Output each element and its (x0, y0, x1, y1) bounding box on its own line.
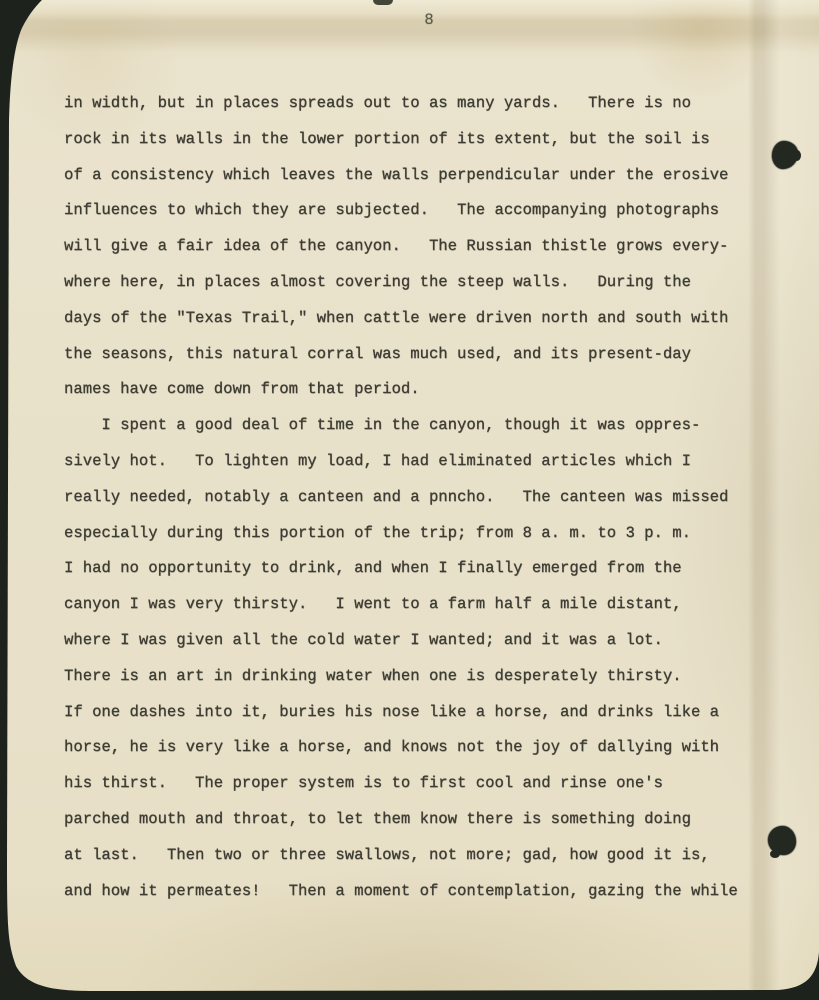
text-line: and how it permeates! Then a moment of c… (64, 874, 784, 910)
page-number: 8 (414, 11, 444, 29)
text-line: There is an art in drinking water when o… (64, 659, 784, 695)
text-line: of a consistency which leaves the walls … (64, 158, 784, 194)
text-line: parched mouth and throat, to let them kn… (64, 802, 784, 838)
text-line: influences to which they are subjected. … (64, 193, 784, 229)
text-line: sively hot. To lighten my load, I had el… (64, 444, 784, 480)
text-line: where I was given all the cold water I w… (64, 623, 784, 659)
text-line: the seasons, this natural corral was muc… (64, 337, 784, 373)
text-line: canyon I was very thirsty. I went to a f… (64, 587, 784, 623)
text-line: really needed, notably a canteen and a p… (64, 480, 784, 516)
scanned-document-page: 8 in width, but in places spreads out to… (0, 0, 819, 1000)
text-line: at last. Then two or three swallows, not… (64, 838, 784, 874)
paper-tear-mark (373, 0, 393, 5)
typewritten-text-block: in width, but in places spreads out to a… (64, 86, 784, 909)
text-line: I spent a good deal of time in the canyo… (64, 408, 784, 444)
text-line: days of the "Texas Trail," when cattle w… (64, 301, 784, 337)
ink-spot-bottom (768, 826, 796, 855)
text-line: horse, he is very like a horse, and know… (64, 730, 784, 766)
text-line: will give a fair idea of the canyon. The… (64, 229, 784, 265)
text-line: rock in its walls in the lower portion o… (64, 122, 784, 158)
text-line: where here, in places almost covering th… (64, 265, 784, 301)
text-line: If one dashes into it, buries his nose l… (64, 695, 784, 731)
paper-top-crease (0, 0, 819, 52)
text-line: especially during this portion of the tr… (64, 516, 784, 552)
text-line: in width, but in places spreads out to a… (64, 86, 784, 122)
paper-sheet: 8 in width, but in places spreads out to… (0, 0, 819, 1000)
text-line: I had no opportunity to drink, and when … (64, 551, 784, 587)
text-line: his thirst. The proper system is to firs… (64, 766, 784, 802)
text-line: names have come down from that period. (64, 372, 784, 408)
